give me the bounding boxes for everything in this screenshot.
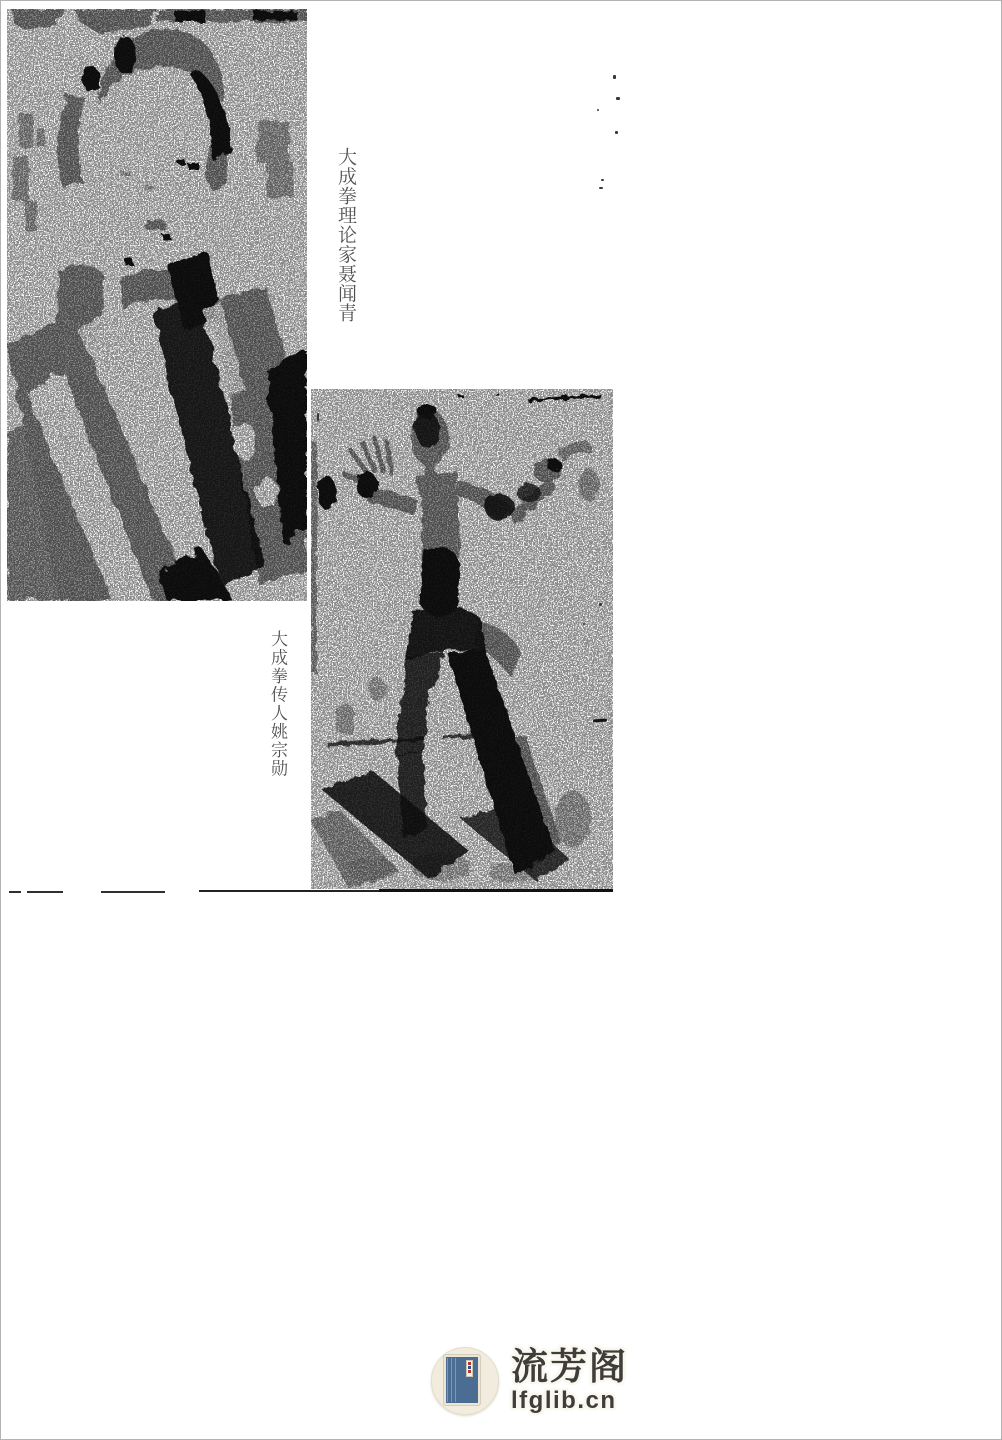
scanned-book-page: 大成拳理论家聂闻青 大成拳传人姚宗勋 流芳阁 lfglib.cn <box>0 0 1002 1440</box>
ink-speck <box>597 109 599 111</box>
scan-artifact-line <box>199 890 379 892</box>
portrait-caption: 大成拳理论家聂闻青 <box>332 147 359 323</box>
watermark-site-name: 流芳阁 <box>511 1349 628 1386</box>
book-binding-lines <box>447 1358 456 1402</box>
book-label <box>466 1360 473 1377</box>
portrait-photo <box>7 9 307 601</box>
ink-speck <box>601 179 604 181</box>
ink-speck <box>599 187 603 189</box>
watermark-site-url: lfglib.cn <box>511 1389 628 1413</box>
label-red-mark <box>468 1362 471 1365</box>
scan-artifact-line <box>9 891 21 893</box>
watermark-badge <box>431 1347 499 1415</box>
scan-artifact-line <box>27 891 63 893</box>
stance-photo <box>311 389 613 889</box>
ink-speck <box>317 413 319 421</box>
scan-artifact-line <box>101 891 165 893</box>
ink-speck <box>613 75 616 79</box>
ink-speck <box>616 97 620 100</box>
ink-speck <box>583 623 585 625</box>
watermark-text: 流芳阁 lfglib.cn <box>511 1349 628 1413</box>
site-watermark: 流芳阁 lfglib.cn <box>431 1347 628 1415</box>
label-red-mark <box>468 1370 471 1373</box>
scan-artifact-line <box>379 889 613 892</box>
stance-caption: 大成拳传人姚宗勋 <box>265 630 290 778</box>
book-icon <box>444 1355 480 1405</box>
label-blue-mark <box>468 1366 471 1369</box>
ink-speck <box>615 131 618 134</box>
ink-speck <box>599 603 602 606</box>
